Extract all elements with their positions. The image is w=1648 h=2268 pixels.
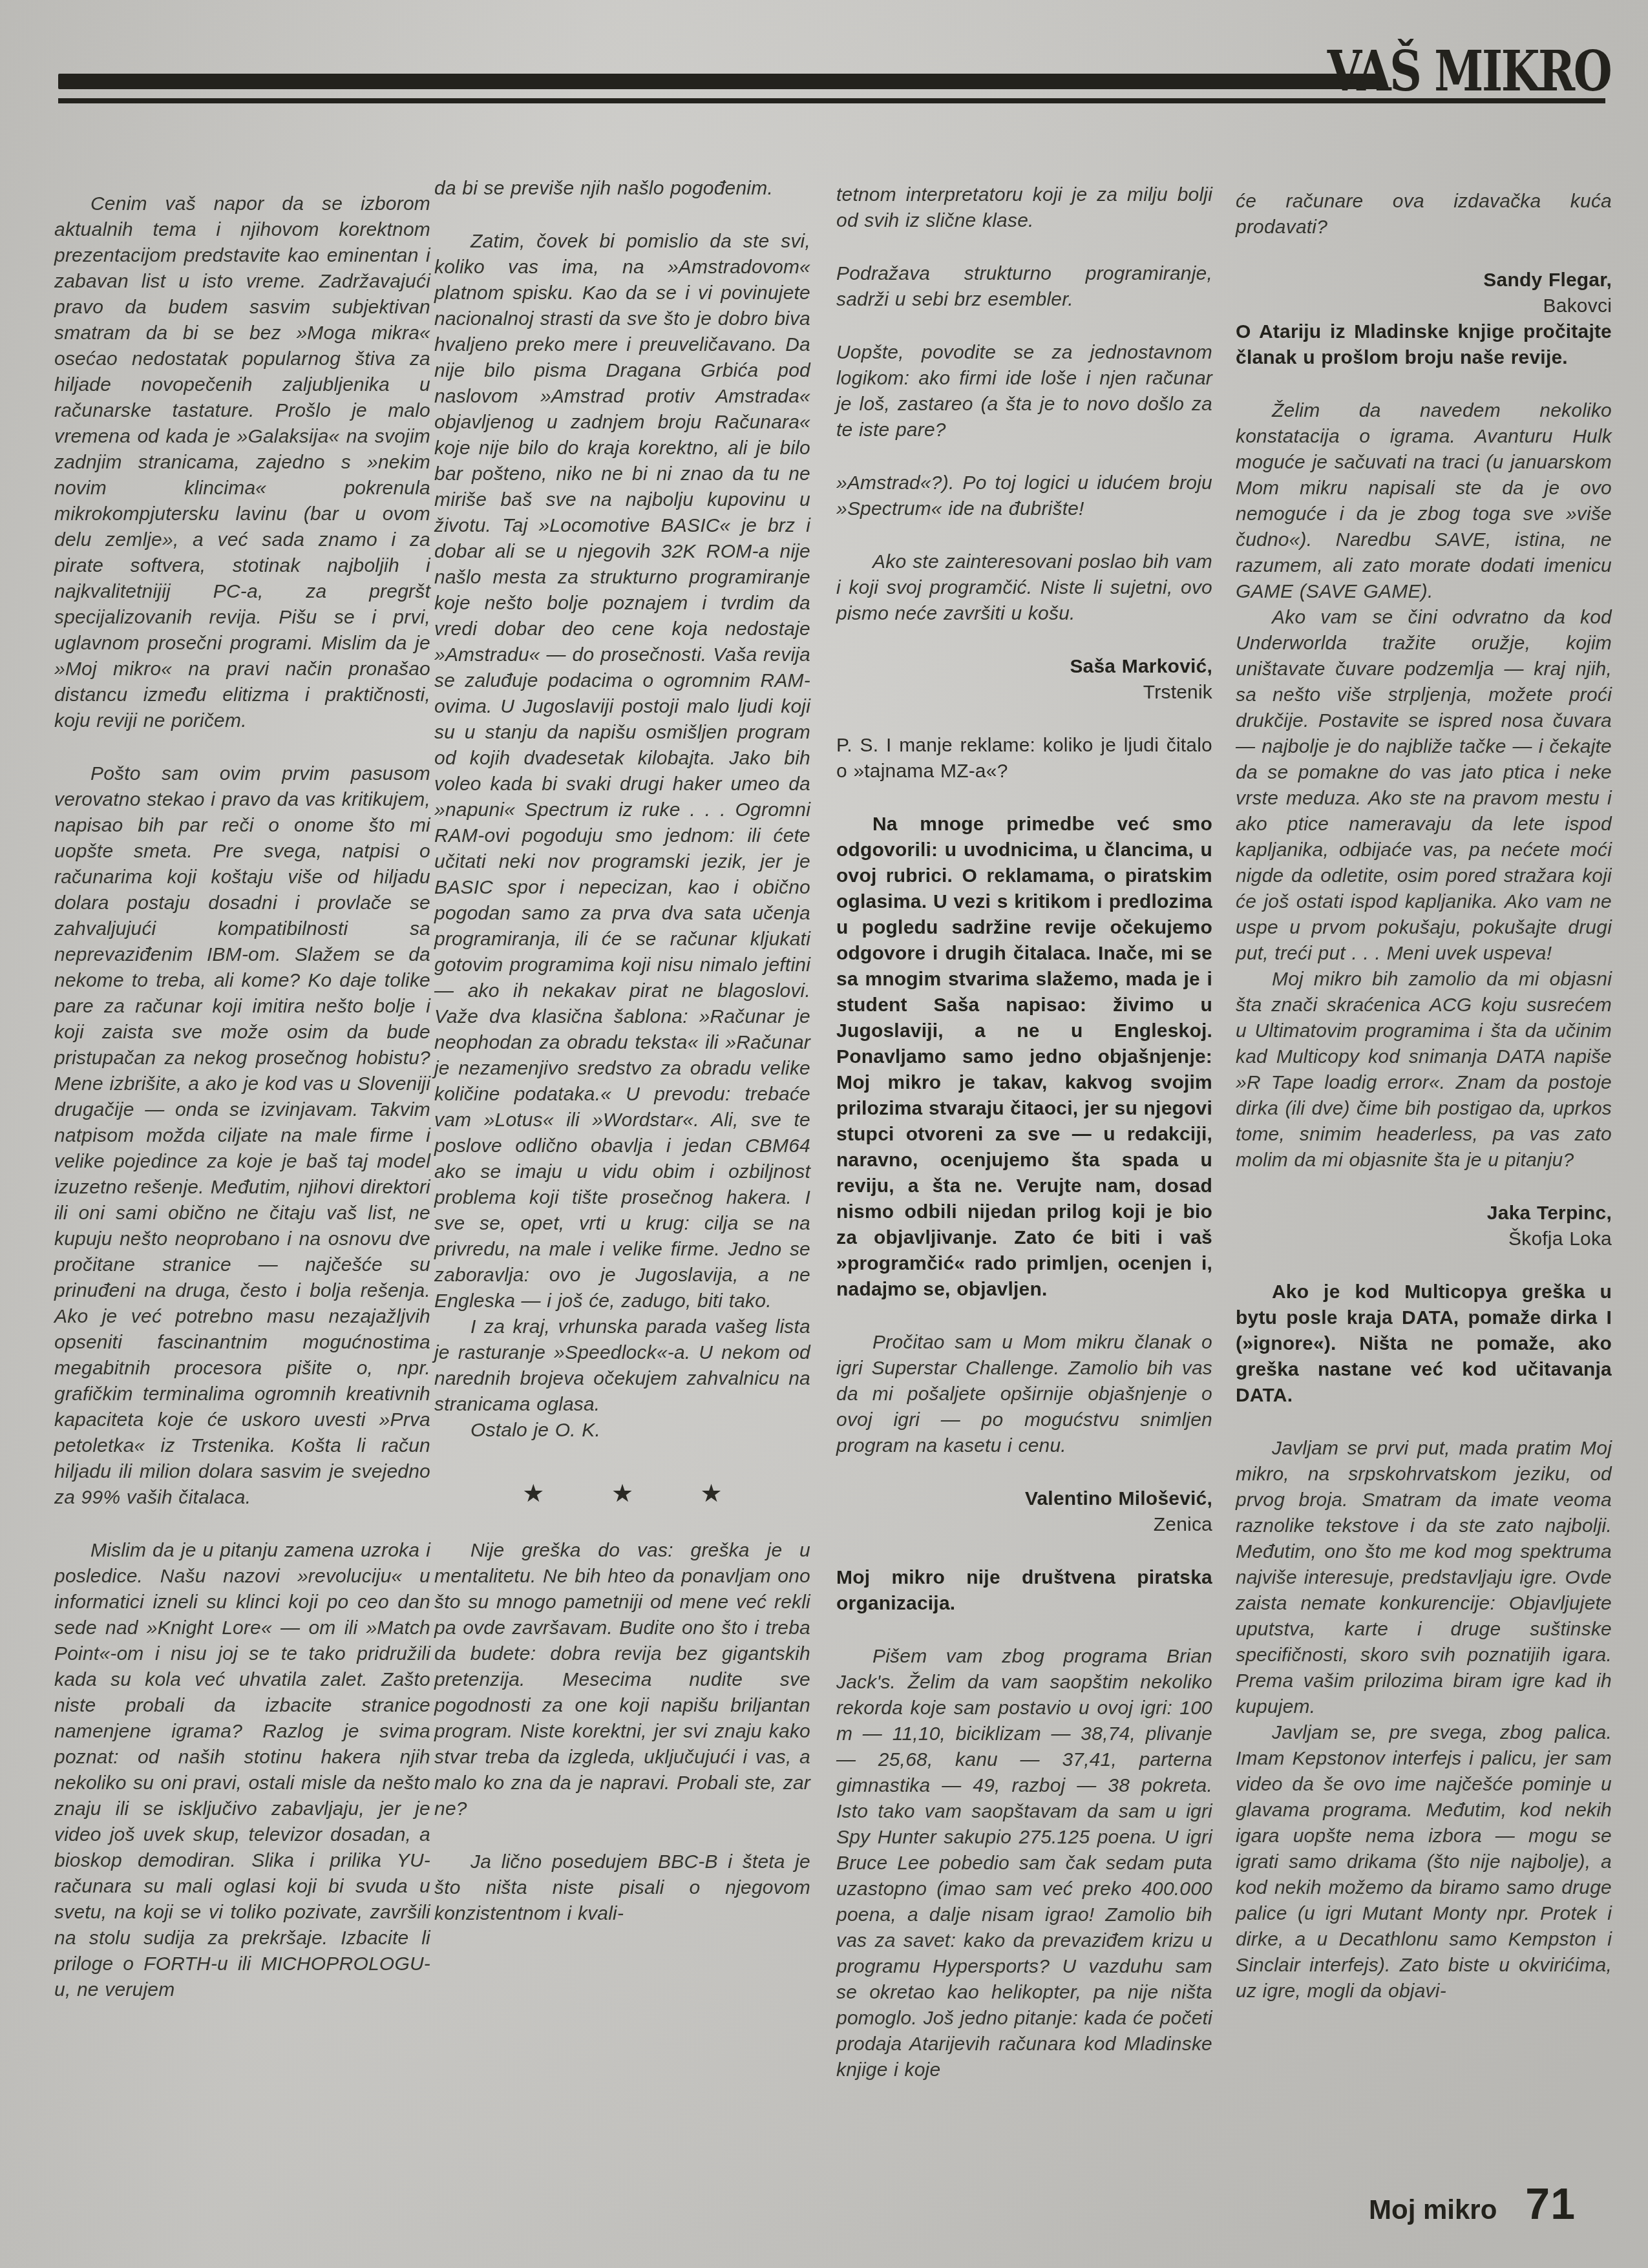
- text-column-4: će računare ova izdavačka kuća prodavati…: [1236, 189, 1612, 2004]
- letter-paragraph: Javljam se prvi put, mada pratim Moj mik…: [1236, 1436, 1612, 1720]
- letter-paragraph: Moj mikro bih zamolio da mi objasni šta …: [1236, 967, 1612, 1173]
- page-footer: Moj mikro 71: [1369, 2179, 1576, 2229]
- text-column-3: tetnom interpretatoru koji je za milju b…: [836, 182, 1212, 2083]
- letter-paragraph: da bi se previše njih našlo pogođenim.: [434, 176, 810, 202]
- postscript-paragraph: P. S. I manje reklame: koliko je ljudi č…: [836, 733, 1212, 784]
- page-number: 71: [1525, 2179, 1576, 2229]
- signature-city: Škofja Loka: [1236, 1226, 1612, 1252]
- letter-paragraph: Mislim da je u pitanju zamena uzroka i p…: [54, 1538, 430, 2003]
- editor-reply-paragraph: Ako je kod Multicopya greška u bytu posl…: [1236, 1279, 1612, 1409]
- letter-paragraph: Podražava strukturno programiranje, sadr…: [836, 261, 1212, 313]
- letter-paragraph: I za kraj, vrhunska parada vašeg lista j…: [434, 1314, 810, 1418]
- signature-name: Sandy Flegar,: [1236, 268, 1612, 293]
- letter-paragraph: Ja lično posedujem BBC-B i šteta je što …: [434, 1849, 810, 1927]
- letter-paragraph: Ako ste zainteresovani poslao bih vam i …: [836, 549, 1212, 627]
- letter-paragraph: tetnom interpretatoru koji je za milju b…: [836, 182, 1212, 234]
- letter-paragraph: Pišem vam zbog programa Brian Jack's. Že…: [836, 1644, 1212, 2083]
- signature-city: Trstenik: [836, 680, 1212, 706]
- editor-reply-paragraph: O Atariju iz Mladinske knjige pročitajte…: [1236, 319, 1612, 371]
- letter-paragraph: Ako vam se čini odvratno da kod Underwor…: [1236, 605, 1612, 967]
- letter-paragraph: Želim da navedem nekoliko konstatacija o…: [1236, 398, 1612, 605]
- letter-paragraph: Pročitao sam u Mom mikru članak o igri S…: [836, 1330, 1212, 1459]
- magazine-page: VAŠ MIKRO Cenim vaš napor da se izborom …: [0, 0, 1648, 2268]
- letter-paragraph: Ostalo je O. K.: [434, 1418, 810, 1444]
- letter-paragraph: Uopšte, povodite se za jednostavnom logi…: [836, 340, 1212, 443]
- letter-paragraph: Nije greška do vas: greška je u mentalit…: [434, 1538, 810, 1822]
- letter-paragraph: Zatim, čovek bi pomislio da ste svi, kol…: [434, 229, 810, 1314]
- letter-paragraph: »Amstrad«?). Po toj logici u idućem broj…: [836, 470, 1212, 522]
- signature-city: Bakovci: [1236, 293, 1612, 319]
- text-column-1: Cenim vaš napor da se izborom aktualnih …: [54, 191, 430, 2003]
- header-rule-thick: [58, 74, 1382, 89]
- editor-reply-paragraph: Na mnoge primedbe već smo odgovorili: u …: [836, 812, 1212, 1303]
- text-column-2: da bi se previše njih našlo pogođenim.Za…: [434, 176, 810, 1927]
- section-title: VAŠ MIKRO: [1327, 44, 1611, 100]
- stars-separator: ★ ★ ★: [434, 1481, 810, 1507]
- signature-name: Valentino Milošević,: [836, 1486, 1212, 1512]
- letter-paragraph: Javljam se, pre svega, zbog palica. Imam…: [1236, 1720, 1612, 2004]
- editor-reply-paragraph: Moj mikro nije društvena piratska organi…: [836, 1565, 1212, 1617]
- signature-name: Saša Marković,: [836, 654, 1212, 680]
- magazine-name: Moj mikro: [1369, 2194, 1497, 2225]
- signature-city: Zenica: [836, 1512, 1212, 1538]
- letter-paragraph: Cenim vaš napor da se izborom aktualnih …: [54, 191, 430, 734]
- letter-paragraph: će računare ova izdavačka kuća prodavati…: [1236, 189, 1612, 240]
- signature-name: Jaka Terpinc,: [1236, 1201, 1612, 1226]
- letter-paragraph: Pošto sam ovim prvim pasusom verovatno s…: [54, 761, 430, 1511]
